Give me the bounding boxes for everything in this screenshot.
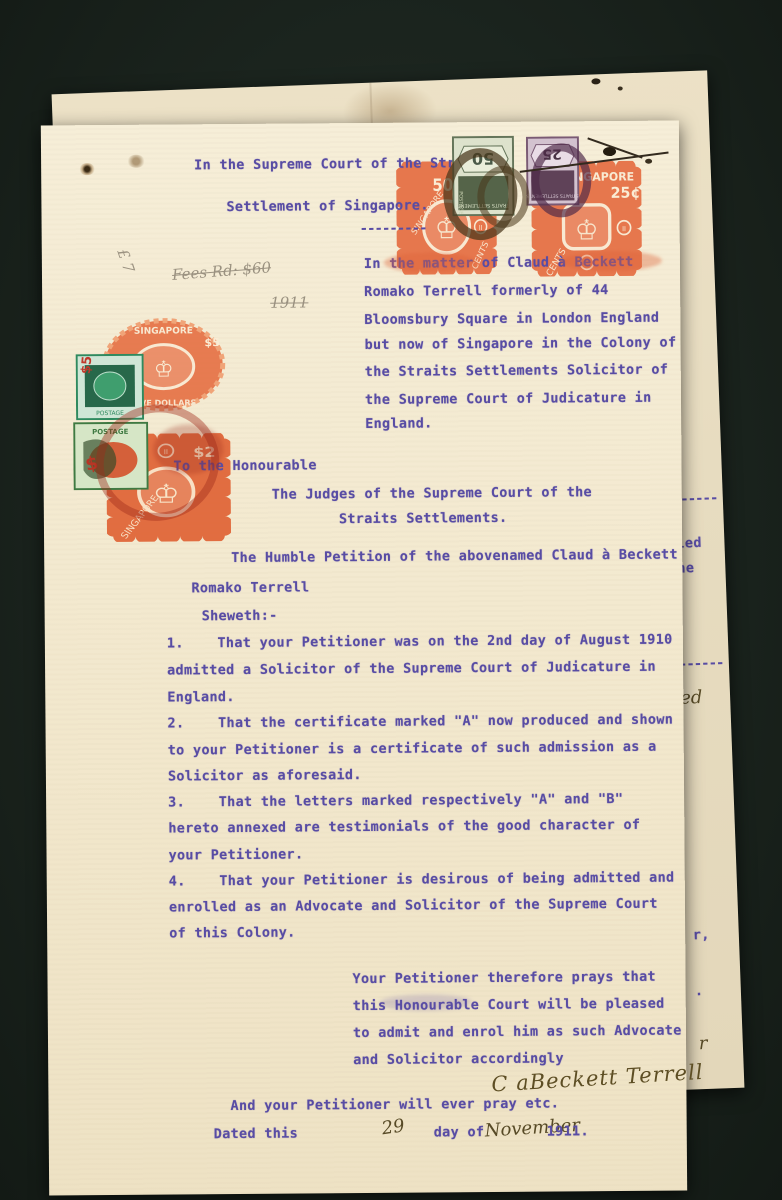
petition-front-page: ♔ SINGAPORE 50 CENTS II SINGAPORE 25¢ ♔ … bbox=[41, 121, 687, 1196]
text-line: your Petitioner. bbox=[168, 846, 303, 863]
text-line: Bloomsbury Square in London England bbox=[364, 310, 659, 328]
handwritten-month: November bbox=[484, 1115, 580, 1142]
crown-icon: ♔ bbox=[575, 215, 599, 247]
svg-text:$5: $5 bbox=[204, 336, 219, 349]
text-line: And your Petitioner will ever pray etc. bbox=[230, 1095, 559, 1114]
text-line: r, bbox=[693, 927, 710, 944]
svg-text:25¢: 25¢ bbox=[610, 184, 640, 202]
text-line: The Humble Petition of the abovenamed Cl… bbox=[231, 547, 678, 567]
text-line: 1911. bbox=[547, 1123, 589, 1139]
text-line: but now of Singapore in the Colony of bbox=[364, 335, 676, 353]
red-cancel-smudge bbox=[562, 251, 662, 272]
crown-icon: ♔ bbox=[154, 357, 174, 382]
text-line: Dated this bbox=[214, 1126, 298, 1143]
text-line: 2. That the certificate marked "A" now p… bbox=[167, 712, 673, 732]
text-line: England. bbox=[365, 415, 433, 432]
foxing-spot bbox=[127, 155, 145, 168]
cancel-mark-red bbox=[153, 424, 223, 475]
text-line: the Supreme Court of Judicature in bbox=[365, 390, 652, 408]
text-line: ------ bbox=[679, 655, 724, 673]
text-line: day of bbox=[434, 1124, 485, 1140]
text-line: Solicitor as aforesaid. bbox=[168, 767, 362, 785]
pen-stroke bbox=[587, 137, 642, 158]
text-line: 4. That your Petitioner is desirous of b… bbox=[169, 870, 675, 890]
svg-text:SINGAPORE: SINGAPORE bbox=[134, 326, 193, 336]
handwritten-day: 29 bbox=[380, 1115, 406, 1139]
text-line: enrolled as an Advocate and Solicitor of… bbox=[169, 896, 658, 916]
ink-speck bbox=[645, 159, 652, 164]
text-line: to admit and enrol him as such Advocate bbox=[353, 1023, 682, 1042]
pencil-note: Fees Rd: $60 bbox=[171, 258, 271, 284]
ink-speck bbox=[618, 86, 623, 90]
text-line: Your Petitioner therefore prays that bbox=[352, 969, 656, 987]
text-line: 1. That your Petitioner was on the 2nd d… bbox=[167, 632, 673, 652]
ink-smudge bbox=[380, 994, 472, 1011]
text-line: Straits Settlements. bbox=[339, 510, 508, 527]
text-line: hereto annexed are testimonials of the g… bbox=[168, 817, 640, 837]
text-line: the Straits Settlements Solicitor of bbox=[365, 362, 669, 380]
text-line: Romako Terrell formerly of 44 bbox=[364, 282, 609, 300]
text-line: admitted a Solicitor of the Supreme Cour… bbox=[167, 659, 656, 679]
svg-text:$5: $5 bbox=[79, 355, 95, 374]
text-line: Romako Terrell bbox=[191, 579, 309, 596]
pencil-note: 1911 bbox=[270, 293, 308, 311]
text-line: and Solicitor accordingly bbox=[353, 1050, 564, 1068]
cancel-mark-purple bbox=[531, 143, 592, 217]
svg-text:II: II bbox=[622, 225, 626, 233]
text-line: to your Petitioner is a certificate of s… bbox=[168, 739, 657, 759]
text-line: Sheweth:- bbox=[202, 608, 278, 625]
pencil-mark: £ 7 bbox=[113, 247, 138, 275]
text-line: . bbox=[695, 983, 704, 999]
text-line: of this Colony. bbox=[169, 925, 296, 942]
photograph-of-petition-document: ------ledhe------edr,.r ♔ SINGAPORE 50 C… bbox=[0, 0, 782, 1200]
ink-speck bbox=[591, 78, 600, 84]
foxing-spot bbox=[79, 163, 95, 175]
cancel-mark-dark bbox=[477, 166, 529, 228]
text-line: 3. That the letters marked respectively … bbox=[168, 791, 623, 811]
signature: C aBeckett Terrell bbox=[491, 1060, 704, 1097]
text-line: The Judges of the Supreme Court of the bbox=[272, 484, 592, 503]
typed-text-layer: In the Supreme Court of the StraitsSettl… bbox=[41, 121, 687, 1196]
text-line: England. bbox=[167, 689, 235, 706]
text-line: r bbox=[698, 1033, 707, 1054]
